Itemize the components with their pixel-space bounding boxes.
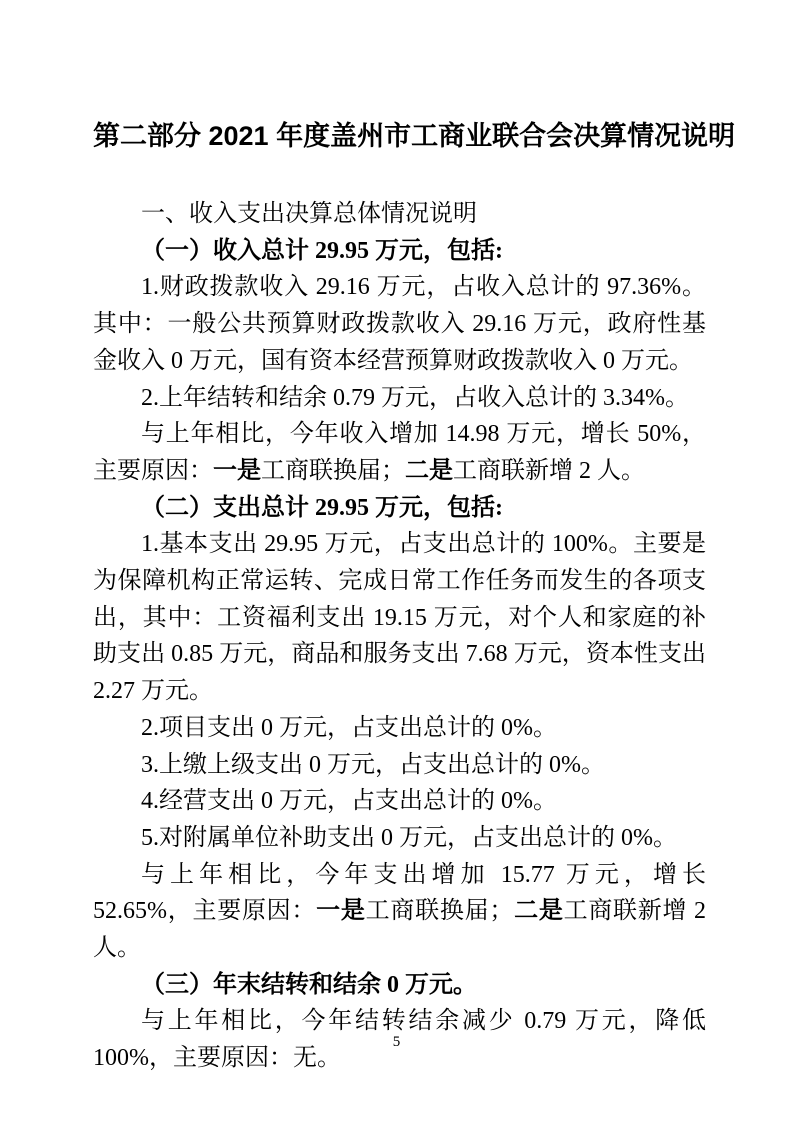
section-heading: 一、收入支出决算总体情况说明: [93, 196, 706, 233]
text-run: 2.项目支出 0 万元，占支出总计的 0%。: [141, 715, 557, 741]
text-run: 工商联换届；: [366, 898, 514, 924]
subheading-paragraph: （三）年末结转和结余 0 万元。: [93, 967, 706, 1004]
document-content: 第二部分 2021 年度盖州市工商业联合会决算情况说明 一、收入支出决算总体情况…: [93, 116, 706, 1077]
emphasis-text-run: 一是: [316, 897, 365, 924]
subheading-paragraph: （二）支出总计 29.95 万元，包括:: [93, 490, 706, 527]
paragraphs-container: （一）收入总计 29.95 万元，包括:1.财政拨款收入 29.16 万元，占收…: [93, 233, 706, 1077]
text-run: 工商联换届；: [261, 458, 405, 484]
text-run: 2.上年结转和结余 0.79 万元，占收入总计的 3.34%。: [141, 385, 689, 411]
body-paragraph: 3.上缴上级支出 0 万元，占支出总计的 0%。: [93, 747, 706, 784]
text-run: 5.对附属单位补助支出 0 万元，占支出总计的 0%。: [141, 825, 677, 851]
body-paragraph: 1.基本支出 29.95 万元，占支出总计的 100%。主要是为保障机构正常运转…: [93, 526, 706, 710]
body-paragraph: 2.项目支出 0 万元，占支出总计的 0%。: [93, 710, 706, 747]
subheading-paragraph: （一）收入总计 29.95 万元，包括:: [93, 233, 706, 270]
document-title: 第二部分 2021 年度盖州市工商业联合会决算情况说明: [93, 116, 706, 156]
emphasis-text-run: （一）收入总计 29.95 万元，包括:: [141, 238, 503, 264]
page-number: 5: [393, 1034, 401, 1050]
body-paragraph: 与上年相比，今年收入增加 14.98 万元，增长 50%，主要原因：一是工商联换…: [93, 416, 706, 489]
text-run: 1.财政拨款收入 29.16 万元，占收入总计的 97.36%。其中：一般公共预…: [93, 274, 706, 373]
body-paragraph: 5.对附属单位补助支出 0 万元，占支出总计的 0%。: [93, 820, 706, 857]
emphasis-text-run: 二是: [513, 897, 563, 924]
emphasis-text-run: （二）支出总计 29.95 万元，包括:: [141, 495, 503, 521]
body-paragraph: 1.财政拨款收入 29.16 万元，占收入总计的 97.36%。其中：一般公共预…: [93, 269, 706, 379]
text-run: 工商联新增 2 人。: [453, 458, 645, 484]
body-paragraph: 与上年相比，今年支出增加 15.77 万元，增长 52.65%，主要原因：一是工…: [93, 857, 706, 967]
page-footer: 5: [0, 1033, 793, 1051]
body-paragraph: 2.上年结转和结余 0.79 万元，占收入总计的 3.34%。: [93, 380, 706, 417]
text-run: 4.经营支出 0 万元，占支出总计的 0%。: [141, 788, 557, 814]
document-page: 第二部分 2021 年度盖州市工商业联合会决算情况说明 一、收入支出决算总体情况…: [0, 0, 793, 1122]
emphasis-text-run: 一是: [213, 457, 261, 484]
emphasis-text-run: 二是: [405, 457, 453, 484]
body-paragraph: 4.经营支出 0 万元，占支出总计的 0%。: [93, 783, 706, 820]
text-run: 3.上缴上级支出 0 万元，占支出总计的 0%。: [141, 752, 605, 778]
text-run: 1.基本支出 29.95 万元，占支出总计的 100%。主要是为保障机构正常运转…: [93, 531, 706, 704]
emphasis-text-run: （三）年末结转和结余 0 万元。: [141, 972, 477, 998]
